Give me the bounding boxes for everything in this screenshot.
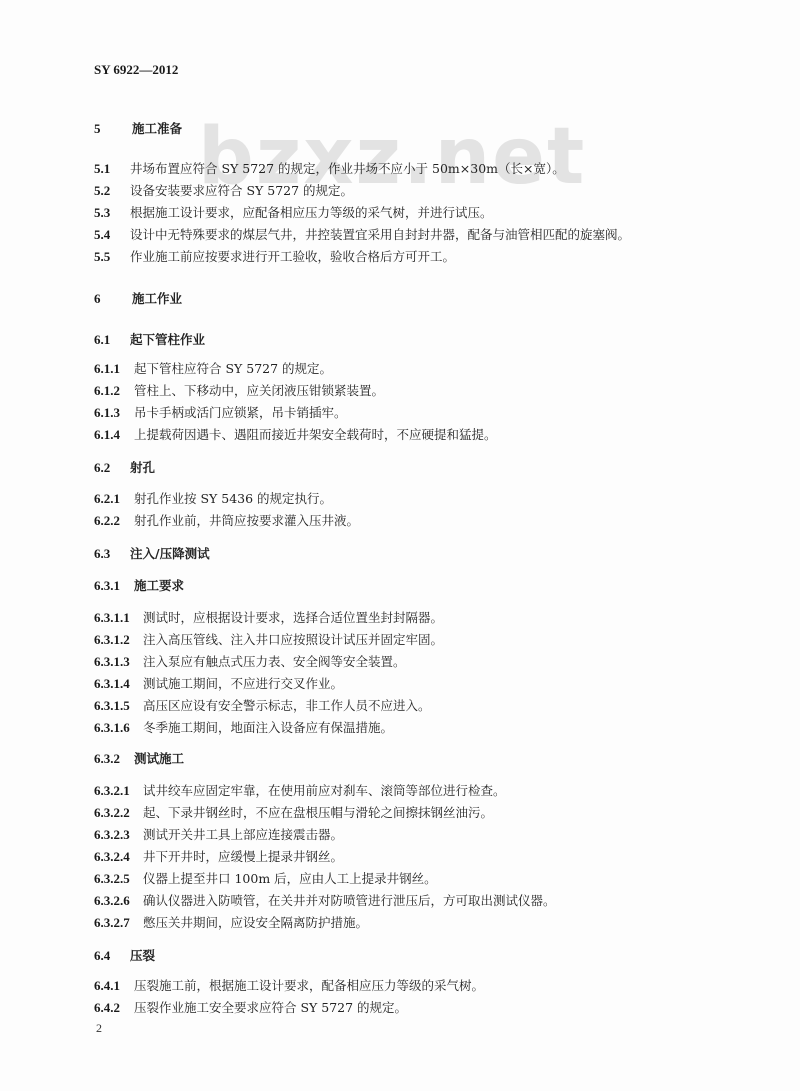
clause-text: 仪器上提至井口 100m 后，应由人工上提录井钢丝。 [143,871,437,887]
clause-text: 压裂作业施工安全要求应符合 SY 5727 的规定。 [134,1000,407,1016]
section-number: 6.3.2 [94,751,134,767]
clause-text: 确认仪器进入防喷管，在关井并对防喷管进行泄压后，方可取出测试仪器。 [143,893,556,909]
clause-text: 冬季施工期间，地面注入设备应有保温措施。 [143,720,393,736]
clause-text: 起、下录井钢丝时，不应在盘根压帽与滑轮之间擦抹钢丝油污。 [143,805,493,821]
clause-number: 6.1.3 [94,405,134,421]
section-title: 施工要求 [134,578,184,594]
clause-number: 6.3.1.1 [94,610,143,626]
clause-number: 5.3 [94,205,130,221]
section-title: 压裂 [130,948,155,964]
clause-text: 作业施工前应按要求进行开工验收，验收合格后方可开工。 [130,249,455,265]
clause-number: 6.3.1.4 [94,676,143,692]
section-title: 射孔 [130,460,155,476]
clause-text: 压裂施工前，根据施工设计要求，配备相应压力等级的采气树。 [134,978,484,994]
section-title: 起下管柱作业 [130,332,205,348]
clause-text: 上提载荷因遇卡、遇阻而接近井架安全载荷时，不应硬提和猛提。 [134,427,497,443]
section-6-3-2-heading: 6.3.2测试施工 [94,751,184,768]
section-number: 6.4 [94,948,130,964]
clause-6-3-2-4: 6.3.2.4井下开井时，应缓慢上提录井钢丝。 [94,849,343,866]
page-number: 2 [96,1021,102,1036]
clause-6-2-2: 6.2.2射孔作业前，井筒应按要求灌入压井液。 [94,513,359,530]
clause-number: 6.2.2 [94,513,134,529]
clause-text: 根据施工设计要求，应配备相应压力等级的采气树，并进行试压。 [130,205,493,221]
clause-5-1: 5.1井场布置应符合 SY 5727 的规定，作业井场不应小于 50m×30m（… [94,161,565,178]
clause-text: 注入高压管线、注入井口应按照设计试压并固定牢固。 [143,632,443,648]
section-number: 6.1 [94,332,130,348]
section-title: 注入/压降测试 [130,546,210,562]
chapter-6-heading: 6施工作业 [94,291,182,308]
clause-text: 试井绞车应固定牢靠，在使用前应对刹车、滚筒等部位进行检查。 [143,783,506,799]
section-number: 5 [94,121,132,137]
clause-number: 6.2.1 [94,491,134,507]
clause-6-3-1-6: 6.3.1.6冬季施工期间，地面注入设备应有保温措施。 [94,720,393,737]
section-number: 6.3 [94,546,130,562]
clause-text: 设备安装要求应符合 SY 5727 的规定。 [130,183,353,199]
clause-6-3-1-5: 6.3.1.5高压区应设有安全警示标志，非工作人员不应进入。 [94,698,431,715]
clause-number: 6.3.1.6 [94,720,143,736]
clause-text: 井场布置应符合 SY 5727 的规定，作业井场不应小于 50m×30m（长×宽… [130,161,565,177]
clause-text: 射孔作业前，井筒应按要求灌入压井液。 [134,513,359,529]
clause-number: 6.3.2.3 [94,827,143,843]
clause-number: 5.4 [94,227,130,243]
document-page: bzxz.net SY 6922—2012 5施工准备 5.1井场布置应符合 S… [0,0,800,1091]
clause-5-5: 5.5作业施工前应按要求进行开工验收，验收合格后方可开工。 [94,249,455,266]
clause-6-3-1-2: 6.3.1.2注入高压管线、注入井口应按照设计试压并固定牢固。 [94,632,443,649]
clause-5-4: 5.4设计中无特殊要求的煤层气井，井控装置宜采用自封封井器，配备与油管相匹配的旋… [94,227,630,244]
clause-6-3-2-2: 6.3.2.2起、下录井钢丝时，不应在盘根压帽与滑轮之间擦抹钢丝油污。 [94,805,493,822]
clause-number: 6.3.1.3 [94,654,143,670]
clause-number: 5.1 [94,161,130,177]
clause-6-3-2-3: 6.3.2.3测试开关井工具上部应连接震击器。 [94,827,343,844]
clause-text: 测试开关井工具上部应连接震击器。 [143,827,343,843]
clause-number: 6.3.2.6 [94,893,143,909]
clause-number: 6.3.2.7 [94,915,143,931]
clause-number: 6.3.2.2 [94,805,143,821]
clause-number: 6.3.1.2 [94,632,143,648]
clause-number: 5.5 [94,249,130,265]
chapter-5-heading: 5施工准备 [94,121,182,138]
standard-number-header: SY 6922—2012 [94,62,178,78]
clause-text: 高压区应设有安全警示标志，非工作人员不应进入。 [143,698,431,714]
clause-6-4-1: 6.4.1压裂施工前，根据施工设计要求，配备相应压力等级的采气树。 [94,978,484,995]
clause-number: 6.3.2.4 [94,849,143,865]
clause-number: 6.4.1 [94,978,134,994]
clause-6-2-1: 6.2.1射孔作业按 SY 5436 的规定执行。 [94,491,332,508]
clause-number: 6.1.2 [94,383,134,399]
clause-6-1-3: 6.1.3吊卡手柄或活门应锁紧，吊卡销插牢。 [94,405,347,422]
clause-number: 6.1.4 [94,427,134,443]
clause-text: 井下开井时，应缓慢上提录井钢丝。 [143,849,343,865]
clause-6-3-2-6: 6.3.2.6确认仪器进入防喷管，在关井并对防喷管进行泄压后，方可取出测试仪器。 [94,893,556,910]
clause-number: 6.1.1 [94,361,134,377]
clause-text: 吊卡手柄或活门应锁紧，吊卡销插牢。 [134,405,347,421]
section-title: 测试施工 [134,751,184,767]
clause-text: 憋压关井期间，应设安全隔离防护措施。 [143,915,368,931]
clause-text: 设计中无特殊要求的煤层气井，井控装置宜采用自封封井器，配备与油管相匹配的旋塞阀。 [130,227,630,243]
clause-text: 管柱上、下移动中，应关闭液压钳锁紧装置。 [134,383,384,399]
clause-6-3-1-1: 6.3.1.1测试时，应根据设计要求，选择合适位置坐封封隔器。 [94,610,443,627]
clause-text: 射孔作业按 SY 5436 的规定执行。 [134,491,332,507]
clause-6-1-1: 6.1.1起下管柱应符合 SY 5727 的规定。 [94,361,332,378]
section-title: 施工准备 [132,121,182,137]
section-6-4-heading: 6.4压裂 [94,948,155,965]
clause-text: 注入泵应有触点式压力表、安全阀等安全装置。 [143,654,406,670]
clause-number: 6.4.2 [94,1000,134,1016]
clause-text: 测试时，应根据设计要求，选择合适位置坐封封隔器。 [143,610,443,626]
clause-5-2: 5.2设备安装要求应符合 SY 5727 的规定。 [94,183,353,200]
clause-number: 5.2 [94,183,130,199]
section-6-3-1-heading: 6.3.1施工要求 [94,578,184,595]
section-title: 施工作业 [132,291,182,307]
clause-5-3: 5.3根据施工设计要求，应配备相应压力等级的采气树，并进行试压。 [94,205,493,222]
clause-6-3-2-5: 6.3.2.5仪器上提至井口 100m 后，应由人工上提录井钢丝。 [94,871,437,888]
clause-6-3-2-1: 6.3.2.1试井绞车应固定牢靠，在使用前应对刹车、滚筒等部位进行检查。 [94,783,506,800]
clause-text: 测试施工期间，不应进行交叉作业。 [143,676,343,692]
section-number: 6 [94,291,132,307]
section-6-2-heading: 6.2射孔 [94,460,155,477]
clause-6-4-2: 6.4.2压裂作业施工安全要求应符合 SY 5727 的规定。 [94,1000,407,1017]
clause-6-1-4: 6.1.4上提载荷因遇卡、遇阻而接近井架安全载荷时，不应硬提和猛提。 [94,427,497,444]
clause-number: 6.3.1.5 [94,698,143,714]
clause-number: 6.3.2.5 [94,871,143,887]
clause-number: 6.3.2.1 [94,783,143,799]
clause-6-3-2-7: 6.3.2.7憋压关井期间，应设安全隔离防护措施。 [94,915,368,932]
section-number: 6.2 [94,460,130,476]
section-6-1-heading: 6.1起下管柱作业 [94,332,205,349]
clause-6-1-2: 6.1.2管柱上、下移动中，应关闭液压钳锁紧装置。 [94,383,384,400]
section-number: 6.3.1 [94,578,134,594]
clause-text: 起下管柱应符合 SY 5727 的规定。 [134,361,332,377]
clause-6-3-1-4: 6.3.1.4测试施工期间，不应进行交叉作业。 [94,676,343,693]
clause-6-3-1-3: 6.3.1.3注入泵应有触点式压力表、安全阀等安全装置。 [94,654,406,671]
section-6-3-heading: 6.3注入/压降测试 [94,546,210,563]
